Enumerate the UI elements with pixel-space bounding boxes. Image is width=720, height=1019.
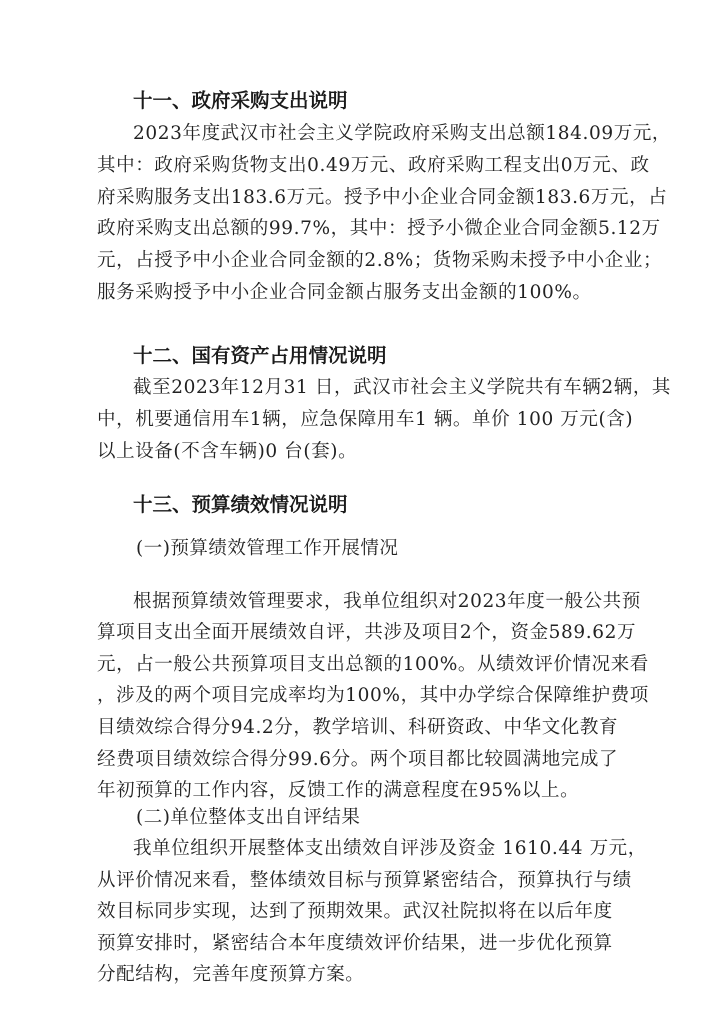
paragraph-line: 分配结构，完善年度预算方案。	[97, 963, 364, 987]
paragraph-line: 经费项目绩效综合得分99.6分。两个项目都比较圆满地完成了	[97, 748, 618, 772]
section-heading-procurement: 十一、政府采购支出说明	[133, 88, 348, 114]
subsection-title-performance-management: (一)预算绩效管理工作开展情况	[136, 537, 398, 561]
paragraph-line: 元，占授予中小企业合同金额的2.8%；货物采购未授予中小企业；	[97, 249, 662, 273]
paragraph-line: 预算安排时，紧密结合本年度绩效评价结果，进一步优化预算	[97, 932, 613, 956]
paragraph-line: 从评价情况来看，整体绩效目标与预算紧密结合，预算执行与绩	[97, 869, 632, 893]
paragraph-line: 效目标同步实现，达到了预期效果。武汉社院拟将在以后年度	[97, 900, 613, 924]
paragraph-line: ，涉及的两个项目完成率均为100%，其中办学综合保障维护费项	[97, 684, 649, 708]
subsection-title-overall-evaluation: (二)单位整体支出自评结果	[136, 806, 360, 830]
paragraph-line: 中，机要通信用车1辆，应急保障用车1 辆。单价 100 万元(含)	[97, 408, 633, 432]
paragraph-line: 算项目支出全面开展绩效自评，共涉及项目2个，资金589.62万	[97, 621, 636, 645]
paragraph-line: 政府采购支出总额的99.7%，其中：授予小微企业合同金额5.12万	[97, 217, 661, 241]
paragraph-line: 截至2023年12月31 日，武汉市社会主义学院共有车辆2辆，其	[133, 376, 671, 400]
paragraph-line: 2023年度武汉市社会主义学院政府采购支出总额184.09万元，	[133, 122, 671, 146]
section-heading-state-assets: 十二、国有资产占用情况说明	[133, 343, 387, 369]
paragraph-line: 根据预算绩效管理要求，我单位组织对2023年度一般公共预	[133, 590, 641, 614]
paragraph-line: 府采购服务支出183.6万元。授予中小企业合同金额183.6万元，占	[97, 186, 667, 210]
paragraph-line: 以上设备(不含车辆)0 台(套)。	[97, 440, 357, 464]
paragraph-line: 元，占一般公共预算项目支出总额的100%。从绩效评价情况来看	[97, 653, 649, 677]
section-heading-performance: 十三、预算绩效情况说明	[133, 492, 348, 518]
paragraph-line: 我单位组织开展整体支出绩效自评涉及资金 1610.44 万元，	[133, 837, 647, 861]
document-page: 十一、政府采购支出说明 2023年度武汉市社会主义学院政府采购支出总额184.0…	[0, 0, 720, 1019]
paragraph-line: 服务采购授予中小企业合同金额占服务支出金额的100%。	[97, 281, 592, 305]
paragraph-line: 目绩效综合得分94.2分，教学培训、科研资政、中华文化教育	[97, 716, 618, 740]
paragraph-line: 年初预算的工作内容，反馈工作的满意程度在95%以上。	[97, 779, 579, 803]
paragraph-line: 其中：政府采购货物支出0.49万元、政府采购工程支出0万元、政	[97, 154, 650, 178]
